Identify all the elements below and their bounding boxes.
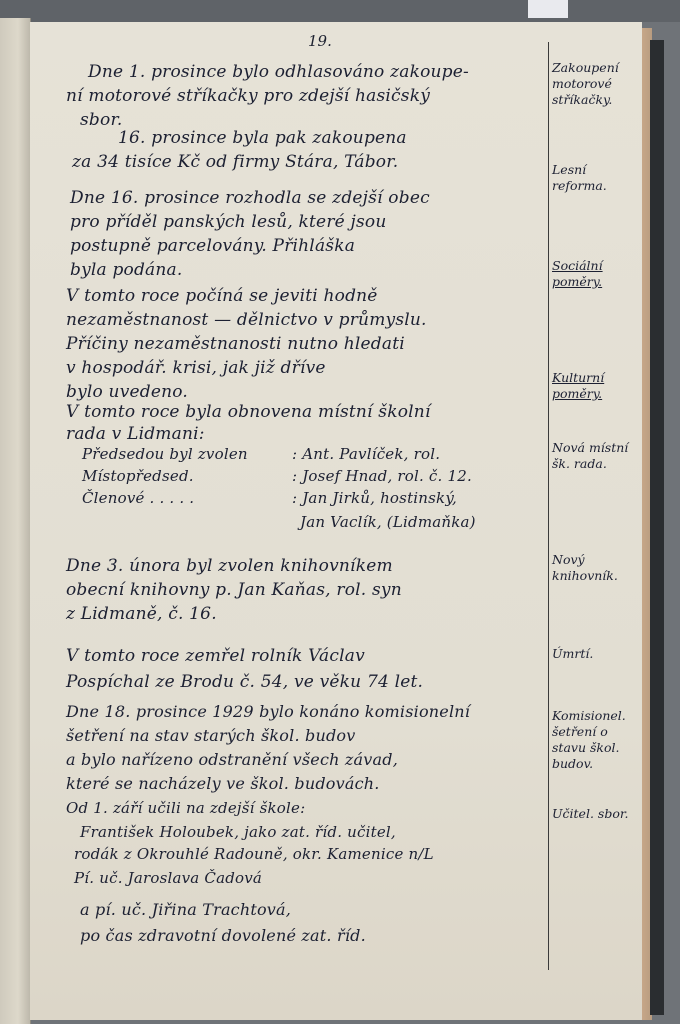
entry-line: V tomto roce počíná se jeviti hodně: [66, 284, 378, 308]
entry-line: Příčiny nezaměstnanosti nutno hledati: [66, 332, 405, 356]
council-role: Členové . . . . .: [82, 486, 194, 510]
entry-line: a bylo nařízeno odstranění všech závad,: [66, 748, 398, 772]
book-binding: [650, 40, 664, 1015]
chronicle-page: 19. Dne 1. prosince bylo odhlasováno zak…: [30, 22, 642, 1020]
council-member: : Jan Jirků, hostinský,: [292, 486, 457, 510]
margin-note: Učitel. sbor.: [552, 806, 642, 822]
entry-line: Dne 1. prosince bylo odhlasováno zakoupe…: [88, 60, 469, 84]
entry-line: Dne 16. prosince rozhodla se zdejší obec: [70, 186, 430, 210]
entry-line: V tomto roce zemřel rolník Václav: [66, 644, 365, 668]
entry-line: po čas zdravotní dovolené zat. říd.: [80, 924, 366, 948]
council-role: Místopředsed.: [82, 464, 194, 488]
council-member: Jan Vaclík, (Lidmaňka): [300, 510, 476, 534]
entry-line: Pí. uč. Jaroslava Čadová: [74, 866, 262, 890]
background-top: [0, 0, 680, 22]
entry-line: v hospodář. krisi, jak již dříve: [66, 356, 326, 380]
entry-line: Od 1. září učili na zdejší škole:: [66, 796, 305, 820]
entry-line: za 34 tisíce Kč od firmy Stára, Tábor.: [72, 150, 398, 174]
council-role: Předsedou byl zvolen: [82, 442, 248, 466]
margin-note: Komisionel. šetření o stavu škol. budov.: [552, 708, 642, 772]
entry-line: V tomto roce byla obnovena místní školní: [66, 400, 431, 424]
entry-line: ní motorové stříkačky pro zdejší hasičsk…: [66, 84, 430, 108]
entry-line: postupně parcelovány. Přihláška: [70, 234, 355, 258]
council-member: : Ant. Pavlíček, rol.: [292, 442, 440, 466]
entry-line: které se nacházely ve škol. budovách.: [66, 772, 380, 796]
entry-line: obecní knihovny p. Jan Kaňas, rol. syn: [66, 578, 402, 602]
entry-line: nezaměstnanost — dělnictvo v průmyslu.: [66, 308, 427, 332]
entry-line: rodák z Okrouhlé Radouně, okr. Kamenice …: [74, 842, 434, 866]
entry-line: šetření na stav starých škol. budov: [66, 724, 355, 748]
page-number: 19.: [308, 32, 332, 50]
margin-note: Lesní reforma.: [552, 162, 642, 194]
margin-note: Nový knihovník.: [552, 552, 642, 584]
entry-line: pro příděl panských lesů, které jsou: [70, 210, 387, 234]
left-page-edge: [0, 18, 31, 1024]
entry-line: z Lidmaně, č. 16.: [66, 602, 217, 626]
entry-line: Dne 3. února byl zvolen knihovníkem: [66, 554, 393, 578]
entry-line: sbor.: [80, 108, 123, 132]
margin-note: Kulturní poměry.: [552, 370, 642, 402]
entry-line: František Holoubek, jako zat. říd. učite…: [80, 820, 396, 844]
margin-note: Sociální poměry.: [552, 258, 642, 290]
entry-line: byla podána.: [70, 258, 183, 282]
margin-note: Zakoupení motorové stříkačky.: [552, 60, 642, 108]
margin-note: Nová místní šk. rada.: [552, 440, 642, 472]
margin-note: Úmrtí.: [552, 646, 642, 662]
entry-line: Pospíchal ze Brodu č. 54, ve věku 74 let…: [66, 670, 423, 694]
council-member: : Josef Hnad, rol. č. 12.: [292, 464, 472, 488]
entry-line: a pí. uč. Jiřina Trachtová,: [80, 898, 291, 922]
paper-tab: [528, 0, 568, 18]
entry-line: Dne 18. prosince 1929 bylo konáno komisi…: [66, 700, 470, 724]
entry-line: 16. prosince byla pak zakoupena: [118, 126, 407, 150]
margin-rule: [548, 42, 549, 970]
